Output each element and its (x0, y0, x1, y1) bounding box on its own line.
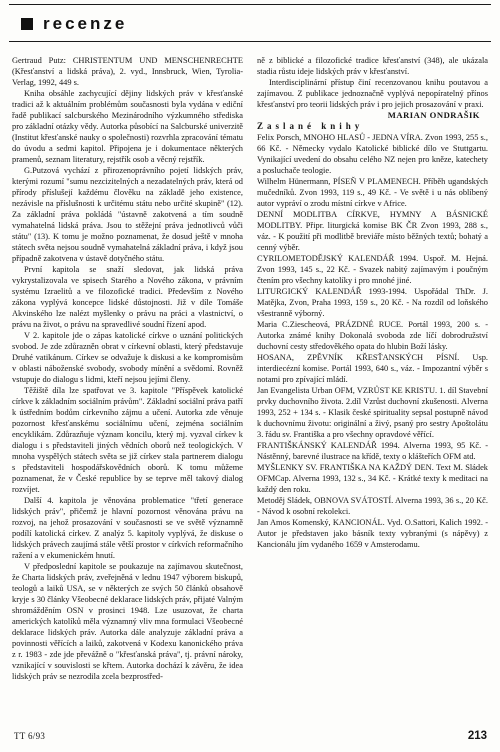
book-entry: Maria C.Ziescheová, PRÁZDNÉ RUCE. Portál… (257, 319, 488, 352)
journal-page: recenze Gertraud Putz: CHRISTENTUM UND M… (0, 0, 500, 752)
book-entry: MYŠLENKY SV. FRANTIŠKA NA KAŽDÝ DEN. Tex… (257, 462, 488, 495)
section-heading: Zaslané knihy (257, 121, 488, 132)
review-paragraph-continued: ně z biblické a filozofické tradice křes… (257, 55, 488, 77)
page-footer: TT 6/93 213 (14, 730, 487, 742)
review-paragraph: Další 4. kapitola je věnována problemati… (12, 495, 243, 561)
reviewer-signature: MARIAN ONDRAŠIK (257, 110, 488, 121)
header-rule-top (9, 4, 491, 5)
review-heading: Gertraud Putz: CHRISTENTUM UND MENSCHENR… (12, 55, 243, 88)
book-entry: Felix Porsch, MNOHO HLASŮ - JEDNA VÍRA. … (257, 132, 488, 176)
journal-issue: TT 6/93 (14, 731, 45, 741)
page-header: recenze (21, 11, 127, 37)
review-paragraph: Kniha obsáhle zachycující dějiny lidskýc… (12, 88, 243, 165)
text-columns: Gertraud Putz: CHRISTENTUM UND MENSCHENR… (12, 55, 488, 718)
book-entry: CYRILOMETODĚJSKÝ KALENDÁŘ 1994. Uspoř. M… (257, 253, 488, 286)
book-entry: Metoděj Sládek, OBNOVA SVÁTOSTÍ. Alverna… (257, 495, 488, 517)
review-paragraph: Interdisciplinární přístup činí recenzov… (257, 77, 488, 110)
page-number: 213 (468, 730, 487, 742)
book-entry: FRANTIŠKÁNSKÝ KALENDÁŘ 1994. Alverna 199… (257, 440, 488, 462)
review-paragraph: V 2. kapitole jde o zápas katolické círk… (12, 330, 243, 385)
header-rule-bottom (9, 41, 491, 42)
square-bullet-icon (21, 18, 33, 30)
book-entry: HOSANA, ZPĚVNÍK KŘESŤANSKÝCH PÍSNÍ. Usp.… (257, 352, 488, 385)
left-column: Gertraud Putz: CHRISTENTUM UND MENSCHENR… (12, 55, 243, 718)
review-paragraph: G.Putzová vychází z přirozenoprávního po… (12, 165, 243, 264)
book-entry: Wilhelm Hünermann, PÍSEŇ V PLAMENECH. Př… (257, 176, 488, 209)
review-paragraph: Těžiště díla lze spatřovat ve 3. kapitol… (12, 385, 243, 495)
section-title: recenze (43, 14, 127, 34)
book-entry: Jan Evangelista Urban OFM, VZRŮST KE KRI… (257, 385, 488, 440)
review-paragraph: V předposlední kapitole se poukazuje na … (12, 561, 243, 682)
book-entry: DENNÍ MODLITBA CÍRKVE, HYMNY A BÁSNICKÉ … (257, 209, 488, 253)
book-entry: Jan Amos Komenský, KANCIONÁL. Vyd. O.Sat… (257, 517, 488, 550)
book-entry: LITURGICKÝ KALENDÁŘ 1993-1994. Uspořádal… (257, 286, 488, 319)
right-column: ně z biblické a filozofické tradice křes… (257, 55, 488, 718)
review-paragraph: První kapitola se snaží sledovat, jak li… (12, 264, 243, 330)
